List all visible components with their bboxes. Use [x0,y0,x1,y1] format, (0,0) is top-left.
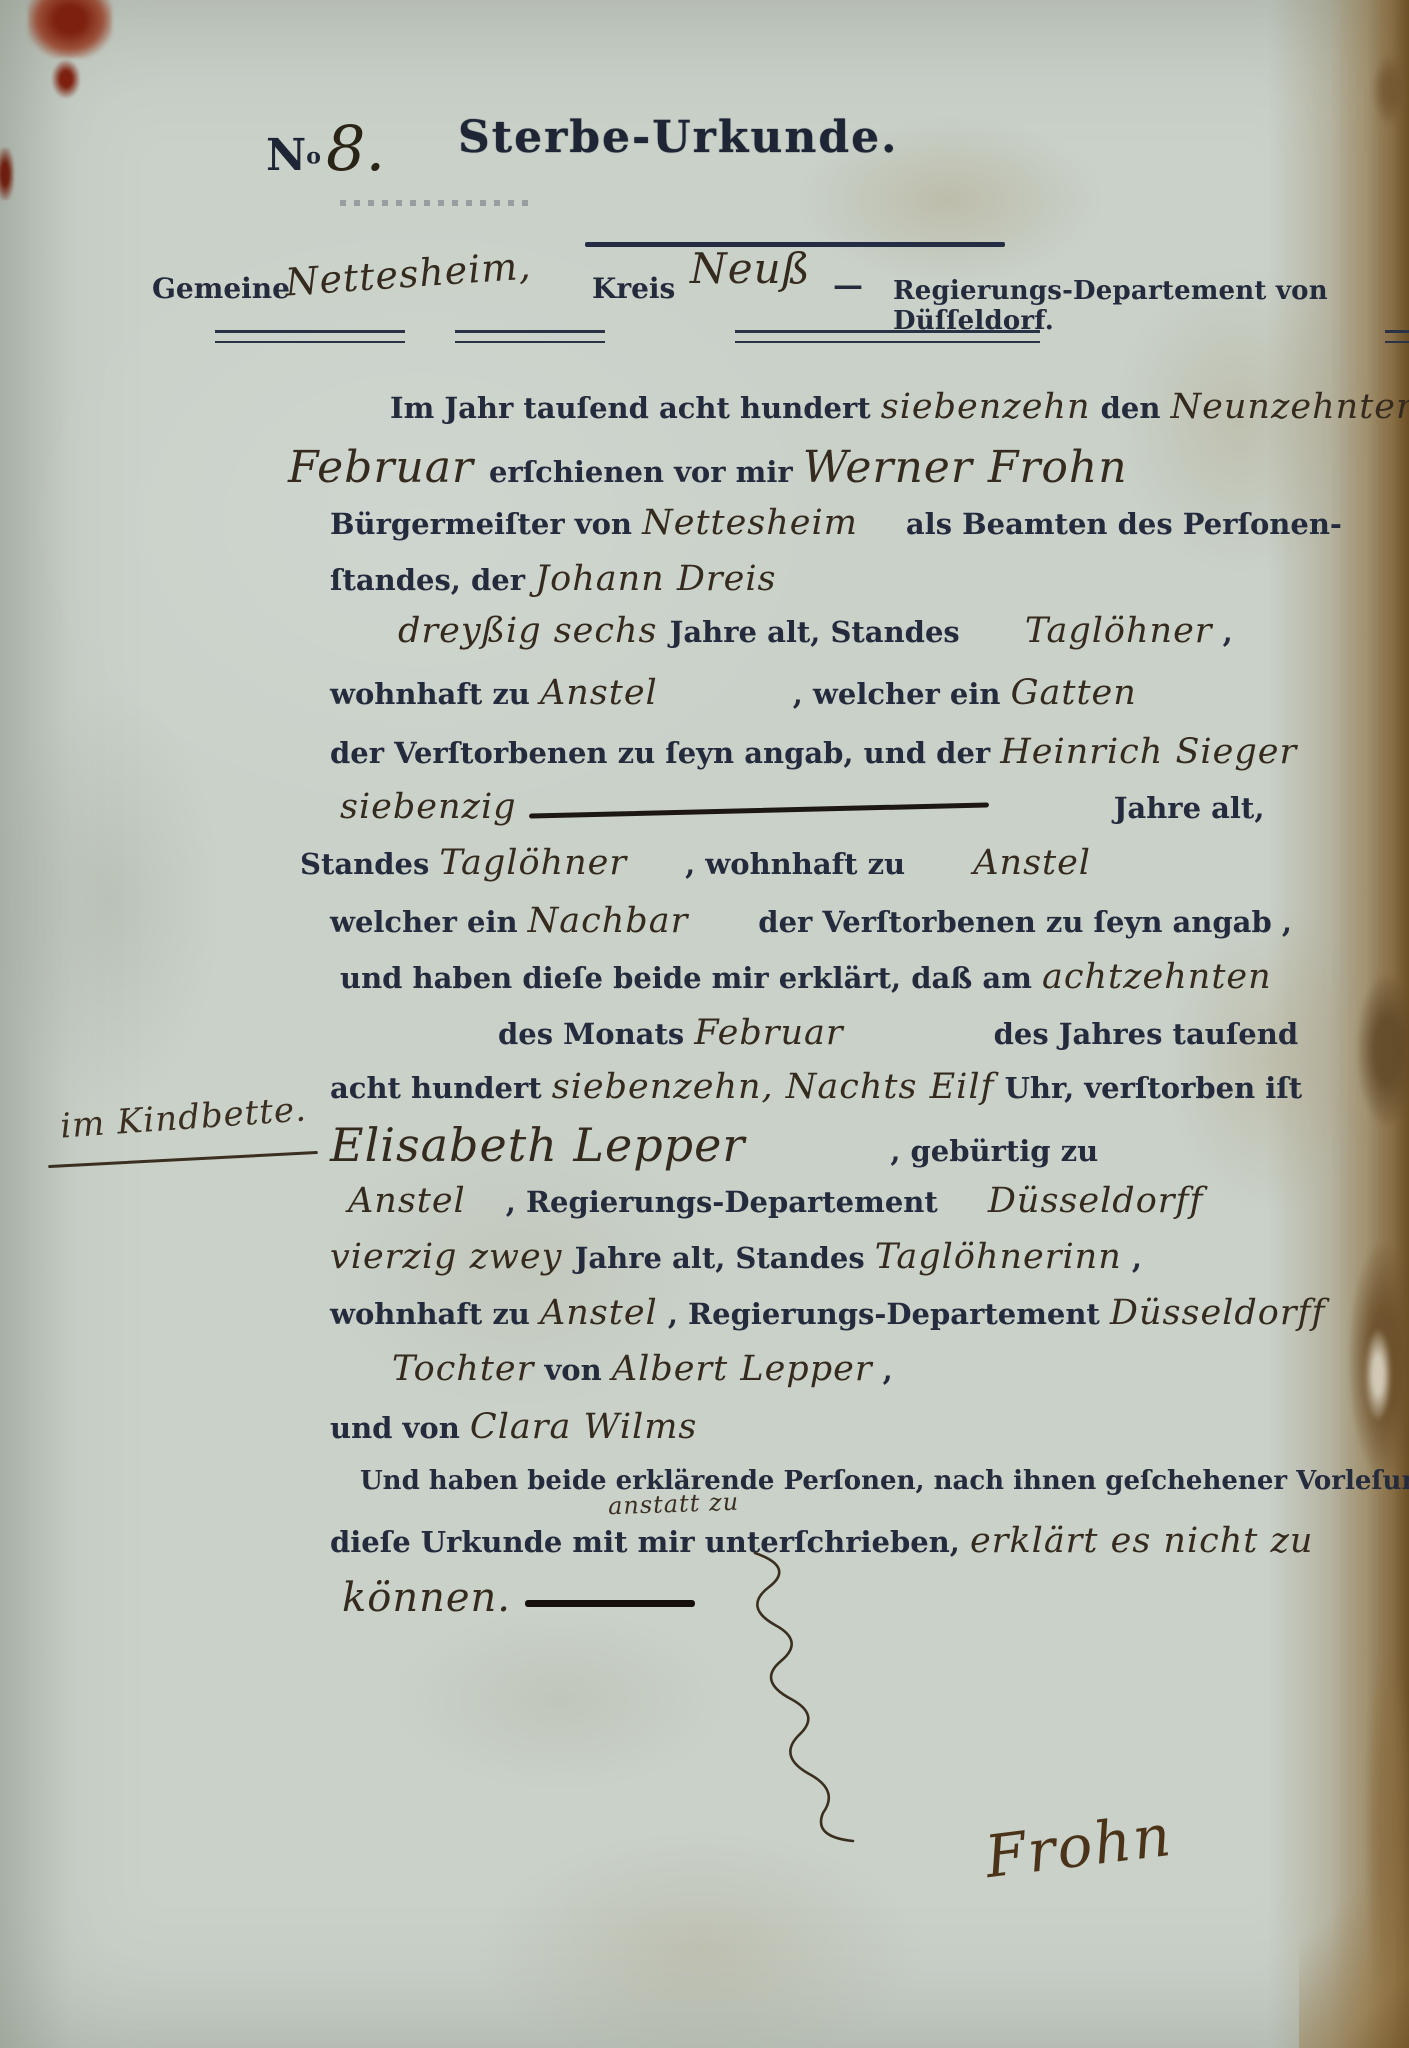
printed-text: , [1122,1241,1142,1275]
double-rule [1385,330,1409,343]
red-ink-stain [28,0,112,58]
printed-text: acht hundert [330,1071,552,1105]
number-ordinal: o [306,144,321,170]
corner-stain [1299,1768,1409,2048]
red-ink-stain [0,148,14,200]
printed-text: Im Jahr tauſend acht hundert [390,391,881,425]
handwritten-text: Tochter [392,1349,534,1389]
printed-text: Jahre alt, [1114,791,1265,825]
handwritten-text: Werner Frohn [803,442,1128,493]
printed-text: , welcher ein [793,677,1011,711]
printed-text: Und haben beide erklärende Perſonen, nac… [360,1466,1409,1496]
body-line-19: und von Clara Wilms [330,1410,697,1445]
printed-text: des Monats [498,1017,694,1051]
handwritten-text: Clara Wilms [470,1407,697,1447]
document-number: No 8. [266,112,385,185]
printed-text: den [1091,391,1171,425]
handwritten-text: Februar [694,1013,843,1053]
handwritten-text: Anstel [540,673,658,713]
handwritten-text: siebenzig [340,787,529,827]
printed-text: Bürgermeiſter von [330,507,642,541]
handwritten-text: Gatten [1011,673,1137,713]
document-page: No 8. Sterbe-Urkunde. Gemeine Nettesheim… [0,0,1409,2048]
handwritten-text: Düsseldorff [988,1181,1204,1221]
body-line-8: siebenzig Jahre alt, [340,790,1264,825]
dotted-filler [340,200,530,206]
margin-note-cause-of-death: im Kindbette. [59,1089,308,1146]
handwritten-text: Taglöhnerinn [875,1237,1122,1277]
printed-text: ſtandes, der [330,563,535,597]
handwritten-text: Taglöhner [439,843,627,883]
printed-text: der Verſtorbenen zu ſeyn angab, und der [330,736,1000,770]
body-line-11: und haben dieſe beide mir erklärt, daß a… [340,960,1272,995]
header-dash: — [833,268,863,303]
margin-note-underline [48,1151,318,1168]
number-value-handwritten: 8. [326,112,385,185]
double-rule [735,330,1040,343]
handwritten-text: Neunzehnten [1171,387,1409,427]
printed-text: , gebürtig zu [890,1134,1098,1168]
handwritten-text: Albert Lepper [612,1349,873,1389]
printed-text: Uhr, verſtorben iſt [994,1071,1302,1105]
ink-flourish [700,1545,950,1845]
printed-text: und haben dieſe beide mir erklärt, daß a… [340,961,1042,995]
printed-text: , [1213,615,1233,649]
department-label: Regierungs-Departement von Düſſeldorf. [893,276,1409,336]
double-rule [455,330,605,343]
interlinear-insert: anstatt zu [608,1488,740,1521]
gemeine-value-handwritten: Nettesheim, [284,243,533,304]
edge-stain [1357,975,1409,1125]
double-rule [215,330,405,343]
handwritten-text: siebenzehn, Nachts Eilf [552,1067,995,1107]
printed-text: Standes [300,847,439,881]
document-title: Sterbe-Urkunde. [458,112,898,163]
signature-frohn: Frohn [982,1801,1176,1891]
handwritten-text: Anstel [973,843,1091,883]
ink-rule [529,802,989,818]
body-line-16: vierzig zwey Jahre alt, Standes Taglöhne… [330,1240,1142,1275]
body-line-2: Februar erſchienen vor mir Werner Frohn [288,446,1128,490]
handwritten-text: Heinrich Sieger [1000,732,1297,772]
handwritten-text: Anstel [348,1181,466,1221]
printed-text: als Beamten des Perſonen- [906,507,1342,541]
printed-text: der Verſtorbenen zu ſeyn angab , [758,905,1292,939]
handwritten-text: erklärt es nicht zu [970,1521,1314,1561]
printed-text: , Regierungs-Departement [658,1297,1110,1331]
handwritten-text: dreyßig sechs [398,611,670,651]
body-line-22: können. [342,1578,695,1618]
printed-text: , Regierungs-Departement [506,1185,948,1219]
body-line-14: Elisabeth Lepper, gebürtig zu [330,1122,1098,1168]
body-line-7: der Verſtorbenen zu ſeyn angab, und der … [330,735,1297,770]
edge-stain [1373,55,1407,125]
handwritten-text: Nettesheim [642,503,858,543]
printed-text: und von [330,1411,470,1445]
kreis-label: Kreis [592,272,675,305]
printed-text: wohnhaft zu [330,1297,540,1331]
body-line-3: Bürgermeiſter von Nettesheimals Beamten … [330,506,1342,541]
ink-rule [525,1600,695,1607]
gemeine-label: Gemeine [152,272,290,305]
printed-text: erſchienen vor mir [489,455,803,489]
printed-text: welcher ein [330,905,528,939]
handwritten-text: können. [342,1575,525,1621]
printed-text: Jahre alt, Standes [575,1241,875,1275]
body-line-13: acht hundert siebenzehn, Nachts Eilf Uhr… [330,1070,1302,1105]
edge-tear [1365,1330,1391,1420]
handwritten-text: Johann Dreis [535,559,776,599]
handwritten-text: Nachbar [528,901,689,941]
handwritten-text: Düsseldorff [1110,1293,1326,1333]
printed-text: von [534,1353,611,1387]
handwritten-text: Taglöhner [1025,611,1213,651]
kreis-value-handwritten: Neuß [690,244,811,293]
body-line-6: wohnhaft zu Anstel, welcher ein Gatten [330,676,1137,711]
body-line-4: ſtandes, der Johann Dreis [330,562,777,597]
body-line-1: Im Jahr tauſend acht hundert siebenzehn … [390,390,1409,425]
body-line-18: Tochter von Albert Lepper , [392,1352,893,1387]
body-line-17: wohnhaft zu Anstel , Regierungs-Departem… [330,1296,1325,1331]
printed-text: Jahre alt, Standes [670,615,970,649]
printed-text: wohnhaft zu [330,677,540,711]
number-prefix: N [266,130,306,181]
handwritten-text: Anstel [540,1293,658,1333]
handwritten-text: Elisabeth Lepper [330,1118,745,1172]
printed-text: , [873,1353,893,1387]
printed-text: , wohnhaft zu [685,847,915,881]
body-line-20: Und haben beide erklärende Perſonen, nac… [360,1468,1409,1494]
handwritten-text: achtzehnten [1042,957,1272,997]
handwritten-text: vierzig zwey [330,1237,575,1277]
body-line-12: des Monats Februardes Jahres tauſend [498,1016,1298,1051]
handwritten-text: Februar [288,442,489,493]
body-line-15: Anstel, Regierungs-Departement Düsseldor… [348,1184,1203,1219]
body-line-5: dreyßig sechs Jahre alt, Standes Taglöhn… [398,614,1233,649]
handwritten-text: siebenzehn [881,387,1091,427]
body-line-9: Standes Taglöhner, wohnhaft zu Anstel [300,846,1091,881]
body-line-10: welcher ein Nachbarder Verſtorbenen zu ſ… [330,904,1292,939]
printed-text: des Jahres tauſend [994,1017,1298,1051]
red-ink-stain [52,60,80,98]
